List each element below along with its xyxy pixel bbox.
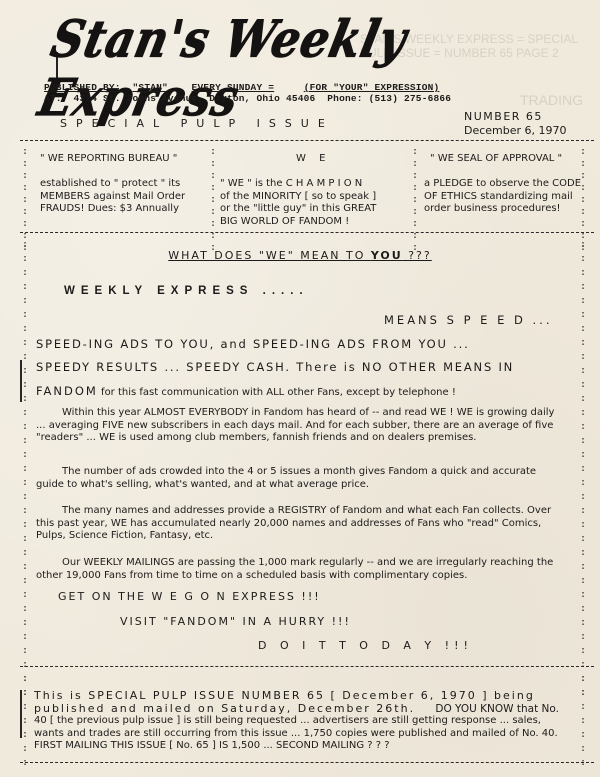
- divider: [20, 232, 594, 233]
- footer-line-1: This is SPECIAL PULP ISSUE NUMBER 65 [ D…: [34, 690, 559, 703]
- margin-mark: [20, 690, 22, 738]
- box-heading-we: W E: [296, 153, 330, 164]
- speeding-ads-line: SPEED-ING ADS TO YOU, and SPEED-ING ADS …: [36, 337, 470, 351]
- fandom-line: FANDOM for this fast communication with …: [36, 384, 456, 398]
- address-line: AT: 4324 St. Johns Avenue, Dayton, Ohio …: [44, 93, 451, 104]
- masthead: Stan's Weekly Express: [38, 12, 538, 72]
- footer-line-2: published and mailed on Saturday, Decemb…: [34, 703, 559, 716]
- divider: [20, 666, 594, 667]
- paragraph-everybody: Within this year ALMOST EVERYBODY in Fan…: [36, 407, 566, 445]
- box-heading-seal-of-approval: " WE SEAL OF APPROVAL ": [430, 153, 562, 164]
- paragraph-registry: The many names and addresses provide a R…: [36, 505, 566, 543]
- publisher-line: PUBLISHED BY: "STAN" EVERY SUNDAY = (FOR…: [44, 82, 439, 93]
- publisher-name: "STAN": [133, 82, 168, 93]
- document-page: STAN'S WEEKLY EXPRESS = SPECIAL PULP ISS…: [0, 0, 600, 777]
- frequency: EVERY SUNDAY =: [192, 82, 275, 93]
- divider: [20, 140, 594, 141]
- margin-mark: [20, 360, 22, 402]
- issue-number: NUMBER 65: [464, 110, 543, 123]
- colon-border-body-right: : : : : : : : : : : : : : : : : : : : : …: [580, 238, 586, 700]
- paragraph-mailings: Our WEEKLY MAILINGS are passing the 1,00…: [36, 557, 566, 582]
- call-wegon-express: GET ON THE W E G O N EXPRESS !!!: [58, 590, 321, 603]
- paragraph-ads: The number of ads crowded into the 4 or …: [36, 466, 566, 491]
- tagline: (FOR "YOUR" EXPRESSION): [304, 82, 440, 93]
- weekly-express-line: WEEKLY EXPRESS .....: [64, 285, 309, 297]
- box-text-we: " WE " is the C H A M P I O N of the MIN…: [220, 178, 415, 228]
- means-speed-line: MEANS S P E E D ...: [384, 313, 552, 327]
- colon-border-body-left: : : : : : : : : : : : : : : : : : : : : …: [22, 238, 28, 700]
- colon-border-footer-left: : : : : : : :: [22, 672, 28, 770]
- footer-body: 40 [ the previous pulp issue ] is still …: [34, 715, 559, 753]
- box-text-seal-of-approval: a PLEDGE to observe the CODE OF ETHICS s…: [424, 178, 584, 216]
- divider: [20, 762, 594, 763]
- box-heading-reporting-bureau: " WE REPORTING BUREAU ": [40, 153, 177, 164]
- call-do-it-today: D O I T T O D A Y !!!: [258, 639, 473, 652]
- colon-border-mid1: : : : : : : : : :: [210, 146, 216, 254]
- issue-banner: SPECIAL PULP ISSUE: [60, 117, 334, 130]
- address: 4324 St. Johns Avenue, Dayton, Ohio 4540…: [74, 93, 316, 104]
- colon-border-footer-right: : : : : : : :: [580, 672, 586, 770]
- footer-notice: This is SPECIAL PULP ISSUE NUMBER 65 [ D…: [34, 690, 559, 753]
- issue-date: December 6, 1970: [464, 124, 567, 137]
- call-visit-fandom: VISIT "FANDOM" IN A HURRY !!!: [120, 615, 351, 628]
- phone: Phone: (513) 275-6866: [327, 93, 451, 104]
- speedy-results-line: SPEEDY RESULTS ... SPEEDY CASH. There is…: [36, 360, 514, 374]
- published-by-label: PUBLISHED BY:: [44, 82, 121, 93]
- address-label: AT:: [44, 93, 62, 104]
- box-text-reporting-bureau: established to " protect " its MEMBERS a…: [40, 178, 210, 216]
- section-heading: WHAT DOES "WE" MEAN TO YOU ???: [0, 249, 600, 262]
